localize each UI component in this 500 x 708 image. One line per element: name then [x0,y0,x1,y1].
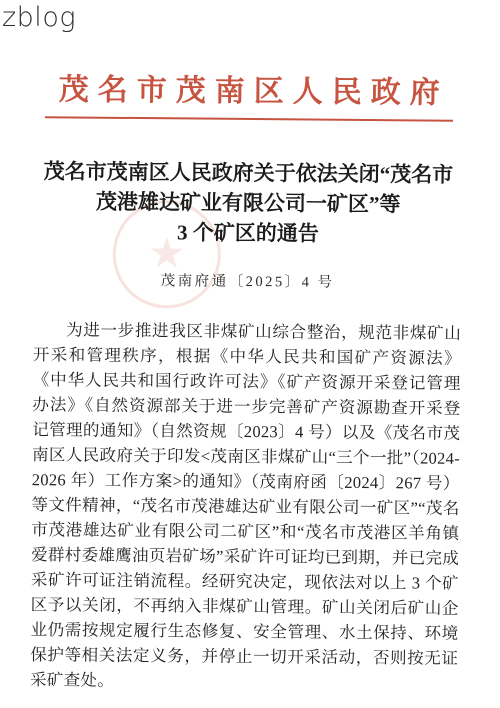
document-title-line-2: 茂港雄达矿业有限公司一矿区”等 [0,186,498,220]
document-page: 茂名市茂南区人民政府 ★ 茂名市茂南区人民政府关于依法关闭“茂名市 茂港雄达矿业… [0,0,500,708]
letterhead-rule [45,116,453,122]
letterhead-title: 茂名市茂南区人民政府 [0,64,499,112]
document-number: 茂南府通〔2025〕4 号 [0,268,498,293]
watermark-logo: zblog [2,2,76,33]
document-title-line-3: 3 个矿区的通告 [0,216,498,250]
document-title-line-1: 茂名市茂南区人民政府关于依法关闭“茂名市 [0,156,499,190]
body-paragraph: 为进一步推进我区非煤矿山综合整治，规范非煤矿山开采和管理秩序，根据《中华人民共和… [30,317,461,696]
document-title: 茂名市茂南区人民政府关于依法关闭“茂名市 茂港雄达矿业有限公司一矿区”等 3 个… [0,156,499,250]
